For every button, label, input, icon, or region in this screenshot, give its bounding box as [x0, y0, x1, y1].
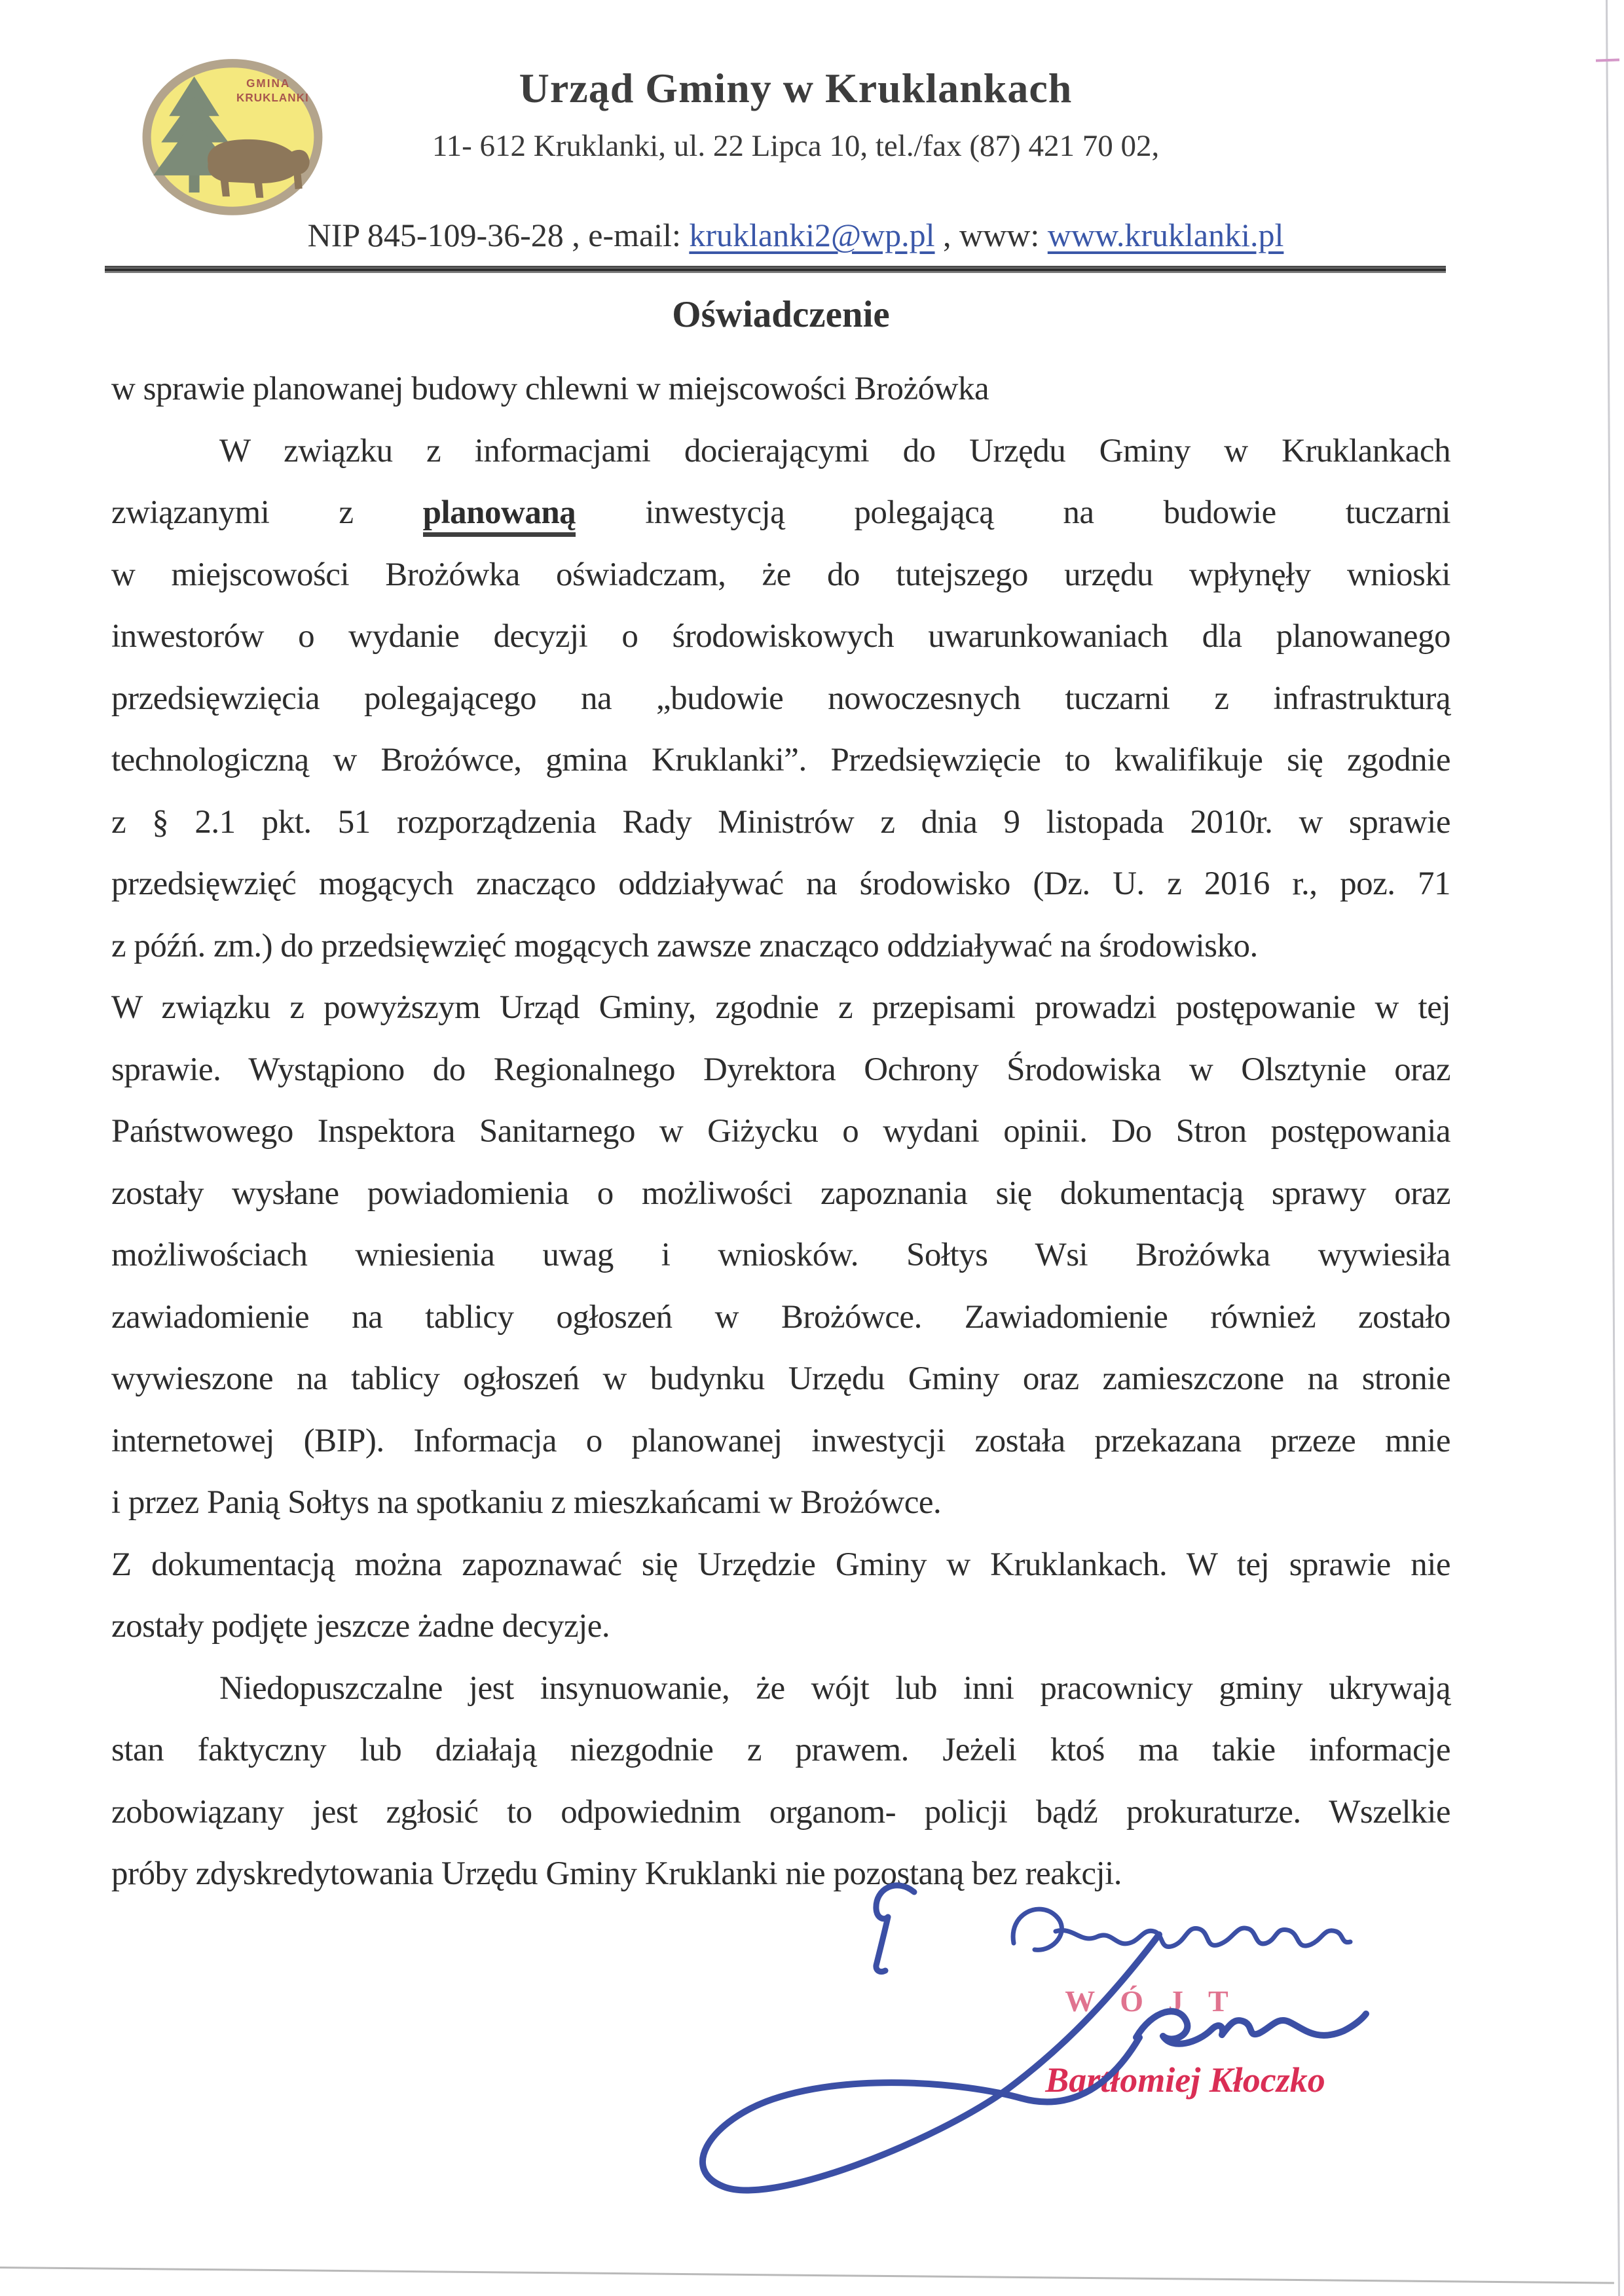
body-line: zostały podjęte jeszcze żadne decyzje.	[111, 1595, 1450, 1658]
body-line: internetowej (BIP). Informacja o planowa…	[111, 1410, 1450, 1472]
emphasized-word: planowaną	[423, 494, 576, 537]
body-line-segment: związanymi z	[111, 494, 423, 531]
body-line: Z dokumentacją można zapoznawać się Urzę…	[111, 1534, 1450, 1596]
body-line: technologiczną w Brożówce, gmina Kruklan…	[111, 729, 1450, 792]
body-line: możliwościach wniesienia uwag i wniosków…	[111, 1224, 1450, 1286]
body-line: z § 2.1 pkt. 51 rozporządzenia Rady Mini…	[111, 792, 1450, 854]
body-line: Niedopuszczalne jest insynuowanie, że wó…	[111, 1658, 1450, 1720]
website-link[interactable]: www.kruklanki.pl	[1048, 217, 1284, 253]
body-line: wywieszone na tablicy ogłoszeń w budynku…	[111, 1348, 1450, 1410]
body-line: Państwowego Inspektora Sanitarnego w Giż…	[111, 1101, 1450, 1163]
contact-line: NIP 845-109-36-28 , e-mail: kruklanki2@w…	[0, 216, 1591, 254]
body-line: W związku z informacjami docierającymi d…	[111, 420, 1450, 483]
body-line: i przez Panią Sołtys na spotkaniu z mies…	[111, 1472, 1450, 1534]
org-address: 11- 612 Kruklanki, ul. 22 Lipca 10, tel.…	[0, 128, 1591, 164]
document-title: Oświadczenie	[111, 293, 1450, 336]
body-line: przedsięwzięć mogących znacząco oddziały…	[111, 853, 1450, 915]
body-line: zostały wysłane powiadomienia o możliwoś…	[111, 1163, 1450, 1225]
document-body: w sprawie planowanej budowy chlewni w mi…	[111, 358, 1450, 1905]
body-line: przedsięwzięcia polegającego na „budowie…	[111, 668, 1450, 730]
handwritten-powazaniem	[1013, 1909, 1350, 1950]
signature-handwriting	[655, 1866, 1473, 2232]
body-line: sprawie. Wystąpiono do Regionalnego Dyre…	[111, 1039, 1450, 1101]
body-line: zobowiązany jest zgłosić to odpowiednim …	[111, 1781, 1450, 1844]
body-line-segment: inwestycją polegającą na budowie tuczarn…	[576, 494, 1450, 531]
body-line: z późń. zm.) do przedsięwzięć mogących z…	[111, 915, 1450, 977]
stamp-name: Bartłomiej Kłoczko	[969, 2060, 1401, 2100]
stamp-title: WÓJT	[1048, 1984, 1270, 2018]
header-divider	[105, 266, 1446, 273]
body-line: inwestorów o wydanie decyzji o środowisk…	[111, 606, 1450, 668]
document-scan: GMINA KRUKLANKI Urząd Gminy w Kruklankac…	[0, 0, 1624, 2296]
scan-artifact-tick	[1596, 58, 1619, 62]
scan-page-edge-bottom	[0, 2267, 1614, 2284]
email-link[interactable]: kruklanki2@wp.pl	[689, 217, 934, 253]
scan-page-edge-vertical	[1606, 0, 1620, 2296]
body-line: stan faktyczny lub działają niezgodnie z…	[111, 1719, 1450, 1781]
org-name: Urząd Gminy w Kruklankach	[0, 64, 1591, 113]
body-line: w miejscowości Brożówka oświadczam, że d…	[111, 544, 1450, 606]
body-line: w sprawie planowanej budowy chlewni w mi…	[111, 358, 1450, 420]
body-line: próby zdyskredytowania Urzędu Gminy Kruk…	[111, 1843, 1450, 1905]
nip-label: NIP 845-109-36-28 , e-mail:	[308, 217, 690, 253]
body-line: W związku z powyższym Urząd Gminy, zgodn…	[111, 977, 1450, 1039]
body-line: związanymi z planowaną inwestycją polega…	[111, 482, 1450, 544]
www-label: , www:	[935, 217, 1048, 253]
body-line: zawiadomienie na tablicy ogłoszeń w Broż…	[111, 1286, 1450, 1349]
